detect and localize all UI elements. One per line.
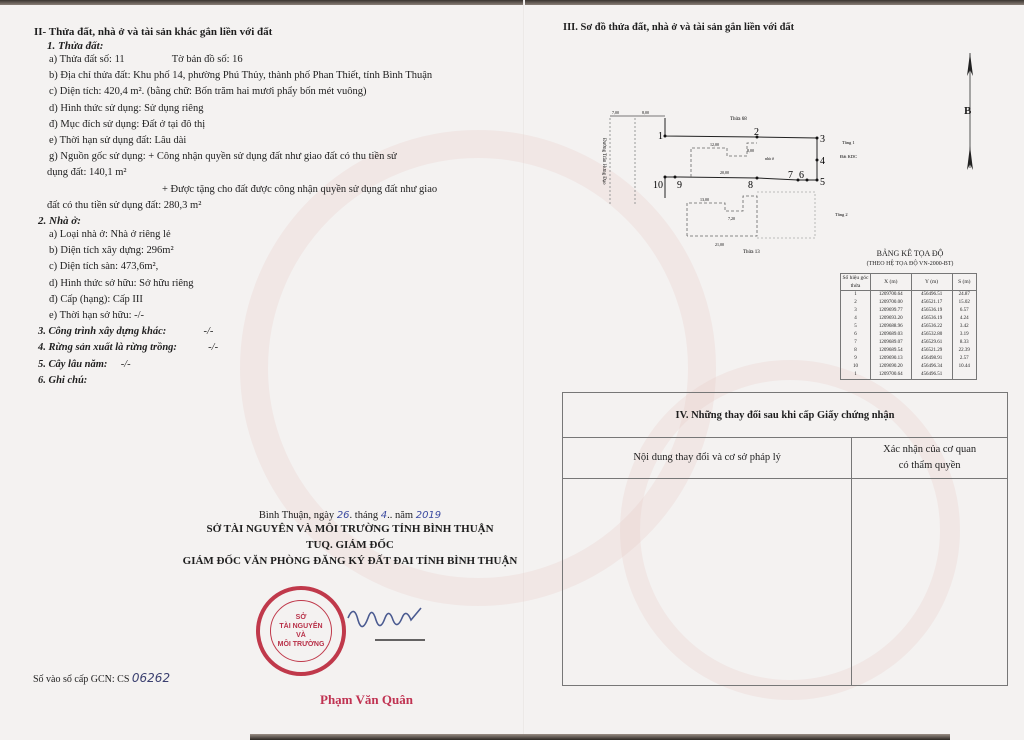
svg-text:1: 1	[658, 131, 663, 142]
coord-row: 31209699.77456536.196.57	[841, 307, 977, 315]
coord-row: 91209690.13456498.912.57	[841, 355, 977, 363]
svg-text:5: 5	[820, 177, 825, 188]
svg-text:8: 8	[748, 180, 753, 191]
house-heading: 2. Nhà ở:	[34, 215, 514, 227]
coord-row: 11209700.64456496.5124.87	[841, 291, 977, 300]
origin-line-1: g) Nguồn gốc sử dụng: + Công nhận quyền …	[34, 149, 514, 165]
registry-number: Số vào sổ cấp GCN: CS 06262	[33, 671, 170, 685]
built-area: b) Diện tích xây dựng: 296m²	[34, 243, 514, 259]
official-stamp: SỞ TÀI NGUYÊN VÀ MÔI TRƯỜNG	[256, 586, 346, 676]
coord-row: 21209700.00456521.1715.02	[841, 299, 977, 307]
changes-content-cell	[563, 479, 852, 686]
origin-line-4: đất có thu tiền sử dụng đất: 280,3 m²	[34, 198, 514, 214]
coord-table-title: BẢNG KÊ TỌA ĐỘ (THEO HỆ TỌA ĐỘ VN-2000-B…	[840, 249, 980, 269]
svg-text:2: 2	[754, 127, 759, 138]
svg-text:12,00: 12,00	[710, 142, 719, 148]
coord-row: 51209688.96456536.223.42	[841, 323, 977, 331]
changes-col-confirmation: Xác nhận của cơ quan có thẩm quyền	[852, 438, 1008, 479]
north-label: B	[964, 105, 971, 117]
svg-text:7,20: 7,20	[728, 216, 735, 222]
section-iv-title: IV. Những thay đổi sau khi cấp Giấy chứn…	[563, 393, 1008, 438]
other-works-row: 3. Công trình xây dựng khác: -/-	[34, 324, 514, 340]
svg-text:Đường Trần Hưng Đạo: Đường Trần Hưng Đạo	[601, 138, 606, 185]
issue-year: 2019	[416, 510, 441, 521]
handwritten-signature	[340, 596, 470, 646]
parcel-line: a) Thửa đất số: 11 Tờ bản đồ số: 16	[34, 52, 514, 68]
parcel-number: a) Thửa đất số: 11	[49, 54, 125, 65]
usage-form: d) Hình thức sử dụng: Sử dụng riêng	[34, 101, 514, 117]
bottom-edge	[250, 734, 950, 740]
svg-text:6: 6	[799, 170, 804, 181]
ownership-term: e) Thời hạn sở hữu: -/-	[34, 308, 514, 324]
svg-text:13,00: 13,00	[700, 197, 709, 203]
changes-col-content: Nội dung thay đổi và cơ sở pháp lý	[563, 438, 852, 479]
coord-row: 71209689.07456529.618.33	[841, 339, 977, 347]
usage-term: e) Thời hạn sử dụng đất: Lâu dài	[34, 133, 514, 149]
coord-row: 11209700.64456496.51	[841, 371, 977, 380]
parcel-diagram: 7,00 8,00 Đường Trần Hưng Đạo Thửa 68 12…	[595, 108, 865, 258]
coordinate-table: Số hiệu góc thửa X (m) Y (m) S (m) 11209…	[840, 273, 977, 380]
svg-text:3: 3	[820, 134, 825, 145]
coord-row: 101209690.20456496.3410.44	[841, 363, 977, 371]
other-works-label: 3. Công trình xây dựng khác:	[38, 326, 166, 337]
forest-row: 4. Rừng sản xuất là rừng trồng: -/-	[34, 340, 514, 356]
svg-text:8,00: 8,00	[642, 110, 649, 116]
forest-value: -/-	[208, 342, 218, 353]
land-area: c) Diện tích: 420,4 m². (bằng chữ: Bốn t…	[34, 84, 514, 100]
svg-text:Tầng 2: Tầng 2	[835, 212, 848, 217]
perennial-value: -/-	[121, 359, 131, 370]
changes-confirmation-cell	[852, 479, 1008, 686]
issue-month: 4	[381, 510, 387, 521]
floor-area: c) Diện tích sàn: 473,6m²,	[34, 259, 514, 275]
origin-line-2: dụng đất: 140,1 m²	[34, 165, 514, 181]
signer-name: Phạm Văn Quân	[320, 692, 413, 708]
issue-day: 26	[337, 510, 350, 521]
section-ii-title: II- Thửa đất, nhà ở và tài sản khác gắn …	[34, 26, 514, 38]
section-ii: II- Thửa đất, nhà ở và tài sản khác gắn …	[34, 26, 514, 389]
house-grade: đ) Cấp (hạng): Cấp III	[34, 292, 514, 308]
coord-header-row: Số hiệu góc thửa X (m) Y (m) S (m)	[841, 274, 977, 291]
origin-line-3: + Được tặng cho đất được công nhận quyền…	[34, 182, 514, 198]
svg-text:21,00: 21,00	[715, 242, 724, 248]
svg-text:8,00: 8,00	[747, 148, 754, 154]
notes-label: 6. Ghi chú:	[34, 373, 514, 389]
other-works-value: -/-	[203, 326, 213, 337]
section-iii-title: III. Sơ đồ thửa đất, nhà ở và tài sản gắ…	[563, 22, 794, 33]
usage-purpose: đ) Mục đích sử dụng: Đất ở tại đô thị	[34, 117, 514, 133]
svg-text:7: 7	[788, 170, 793, 181]
svg-text:20,00: 20,00	[720, 170, 729, 176]
land-heading: 1. Thửa đất:	[34, 40, 514, 52]
svg-text:10: 10	[653, 180, 663, 191]
map-sheet-number: Tờ bản đồ số: 16	[172, 54, 243, 65]
tuq-director: TUQ. GIÁM ĐỐC	[150, 537, 550, 553]
top-edge	[0, 0, 1024, 5]
svg-text:Thửa 68: Thửa 68	[730, 117, 747, 122]
forest-label: 4. Rừng sản xuất là rừng trồng:	[38, 342, 177, 353]
svg-text:7,00: 7,00	[612, 110, 619, 116]
signature-block: Bình Thuận, ngày 26. tháng 4.. năm 2019 …	[150, 510, 550, 569]
coord-row: 61209689.03456532.803.19	[841, 331, 977, 339]
svg-text:Tầng 1: Tầng 1	[842, 140, 855, 145]
svg-text:4: 4	[820, 156, 825, 167]
perennial-label: 5. Cây lâu năm:	[38, 359, 107, 370]
house-type: a) Loại nhà ở: Nhà ở riêng lẻ	[34, 227, 514, 243]
registry-value: 06262	[132, 671, 170, 685]
coord-row: 81209689.54456521.2922.39	[841, 347, 977, 355]
changes-table: IV. Những thay đổi sau khi cấp Giấy chứn…	[562, 392, 1008, 686]
svg-text:9: 9	[677, 180, 682, 191]
svg-text:Thửa 13: Thửa 13	[743, 250, 760, 255]
svg-text:Đất KDC: Đất KDC	[840, 154, 857, 159]
svg-text:nhà ở: nhà ở	[765, 156, 775, 161]
ownership-form: d) Hình thức sở hữu: Sở hữu riêng	[34, 276, 514, 292]
land-address: b) Địa chỉ thửa đất: Khu phố 14, phường …	[34, 68, 514, 84]
director-title: GIÁM ĐỐC VĂN PHÒNG ĐĂNG KÝ ĐẤT ĐAI TỈNH …	[150, 553, 550, 569]
issue-date: Bình Thuận, ngày 26. tháng 4.. năm 2019	[150, 510, 550, 521]
coord-row: 41209693.20456536.194.24	[841, 315, 977, 323]
stamp-center: SỞ TÀI NGUYÊN VÀ MÔI TRƯỜNG	[270, 600, 332, 662]
issuing-agency: SỞ TÀI NGUYÊN VÀ MÔI TRƯỜNG TỈNH BÌNH TH…	[150, 521, 550, 537]
perennial-row: 5. Cây lâu năm: -/-	[34, 357, 514, 373]
